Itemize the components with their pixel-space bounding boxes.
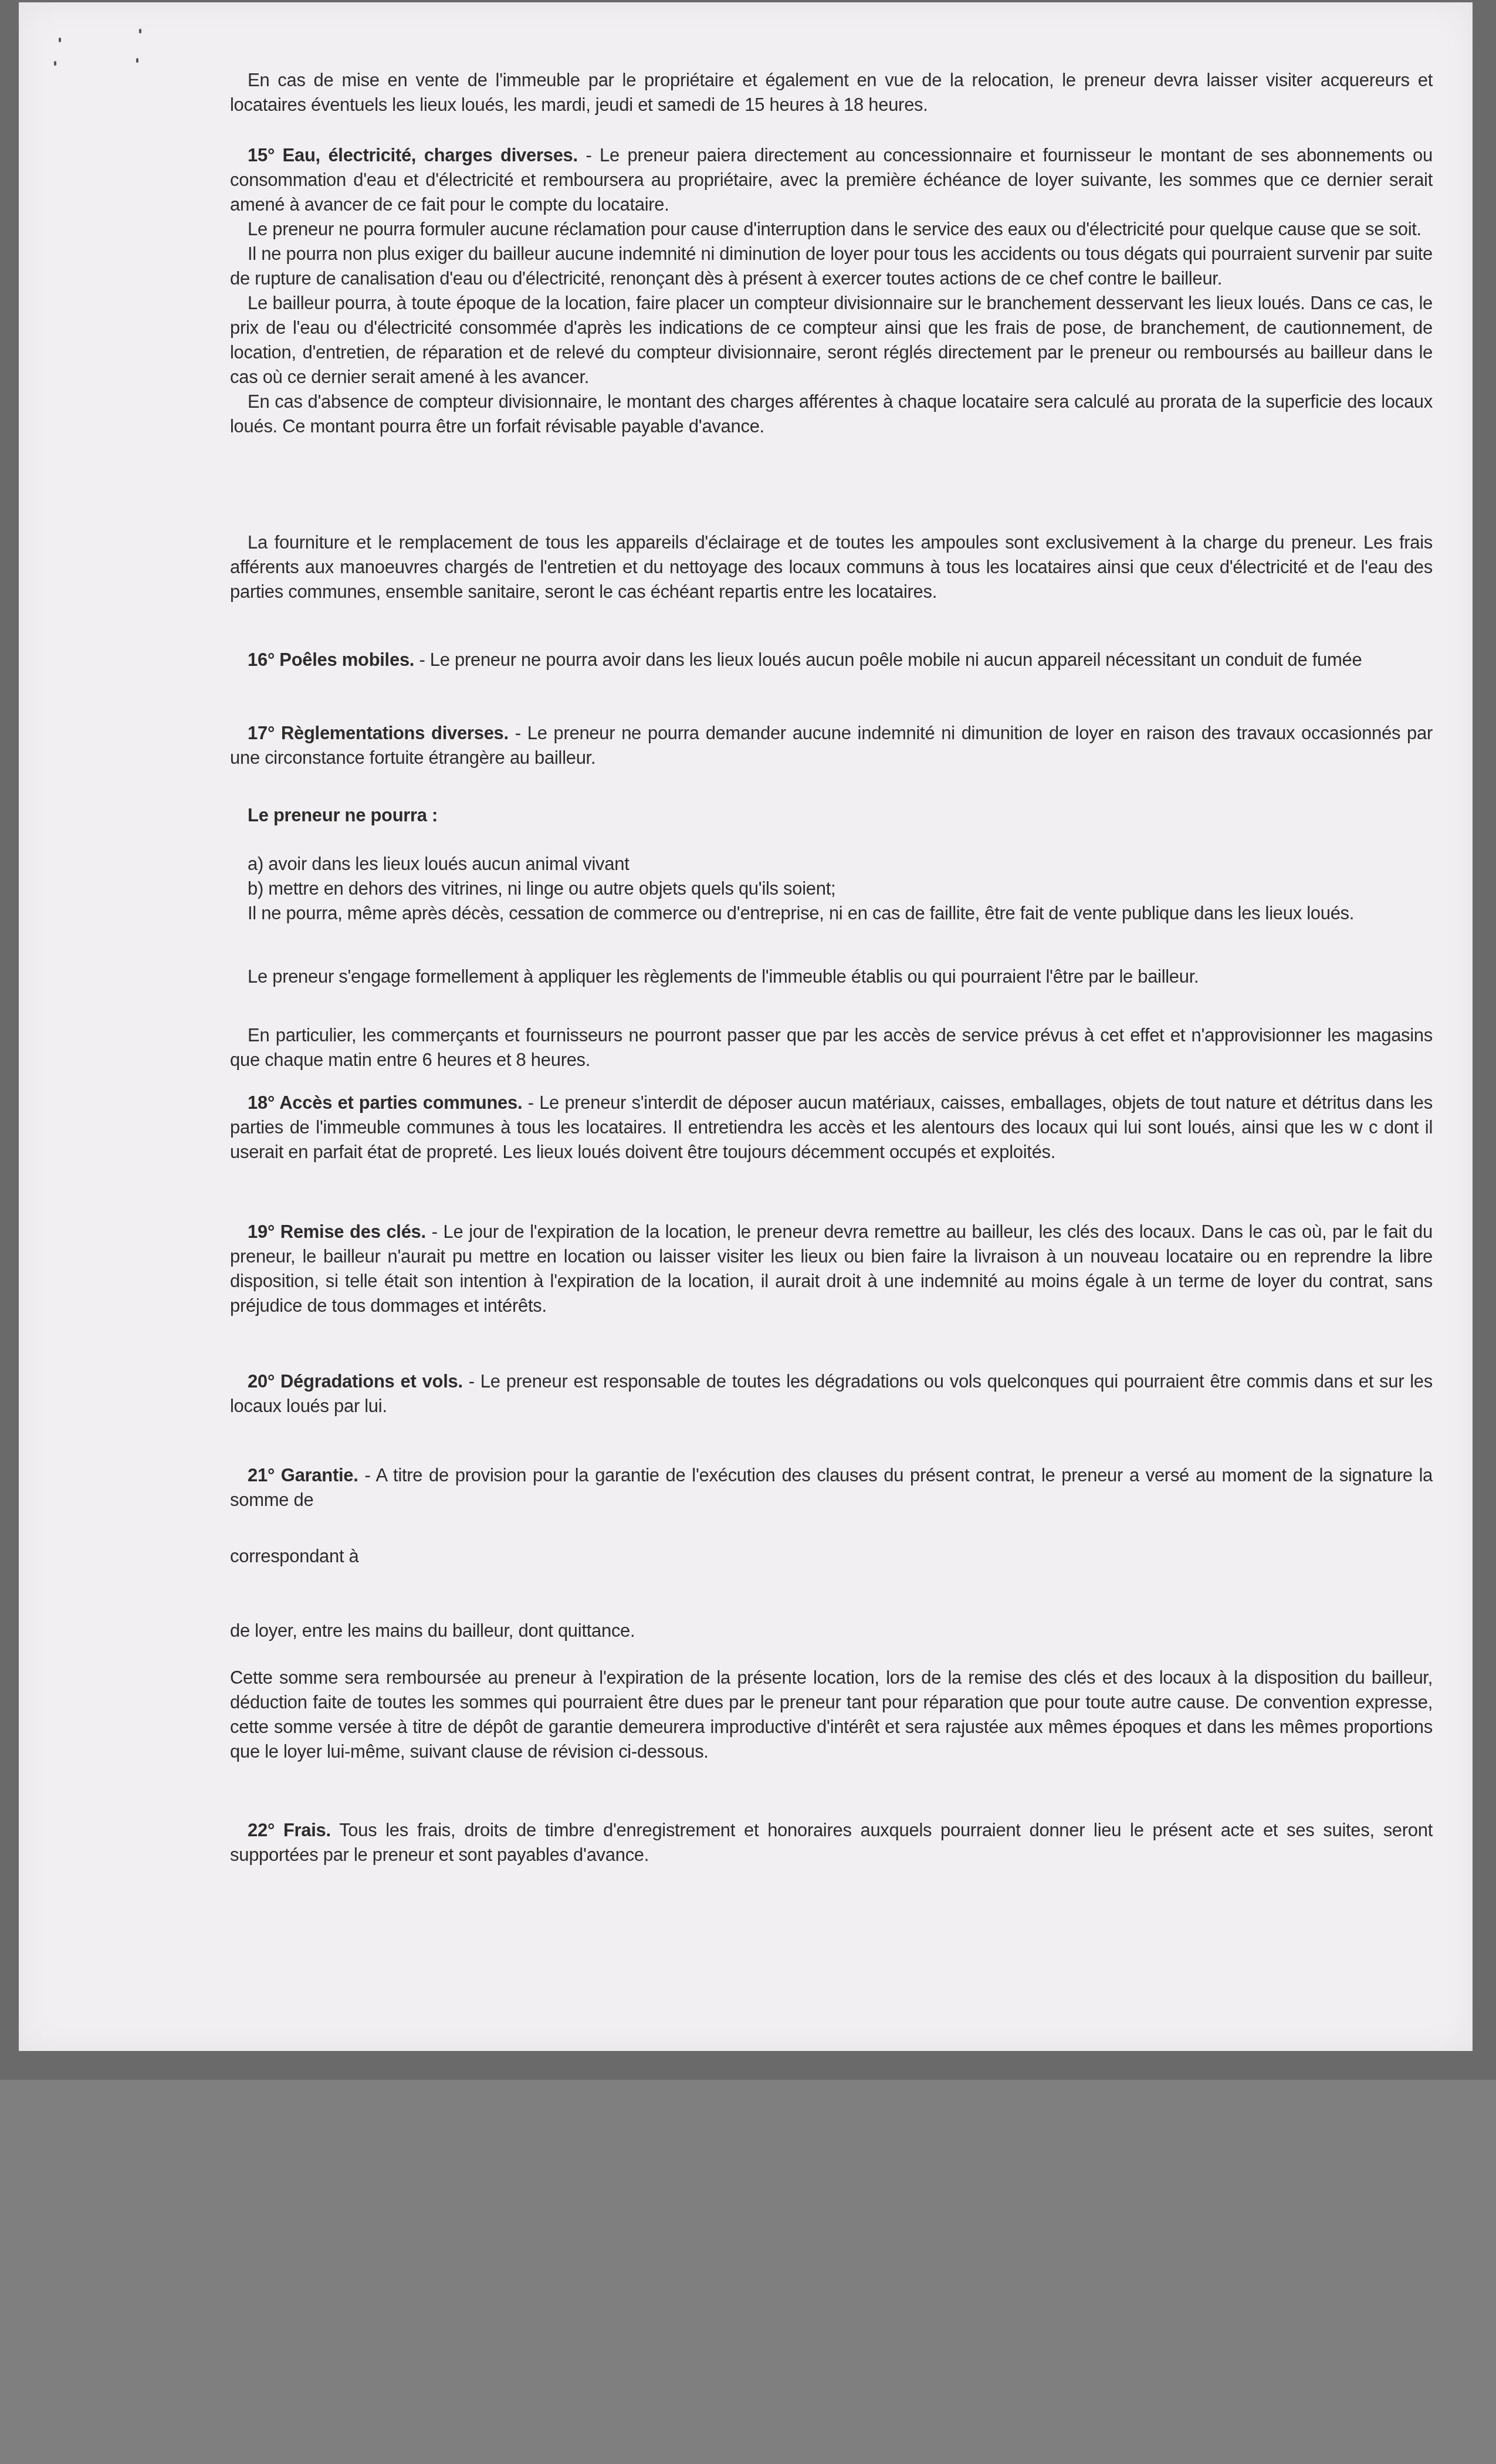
list-item: a) avoir dans les lieux loués aucun anim…: [230, 852, 1433, 876]
article-heading: 17° Règlementations diverses.: [248, 723, 509, 743]
article-17-subsection: Le preneur ne pourra :: [230, 803, 1433, 828]
article-21-closing: Cette somme sera remboursée au preneur à…: [230, 1666, 1433, 1764]
article-20: 20° Dégradations et vols. - Le preneur e…: [230, 1369, 1433, 1419]
article-17-rules: Le preneur s'engage formellement à appli…: [230, 964, 1433, 989]
article-21-loyer: de loyer, entre les mains du bailleur, d…: [230, 1619, 1433, 1643]
article-heading: 22° Frais.: [248, 1820, 331, 1840]
article-18: 18° Accès et parties communes. - Le pren…: [230, 1091, 1433, 1165]
article-16: 16° Poêles mobiles. - Le preneur ne pour…: [230, 648, 1433, 672]
article-17-deliveries: En particulier, les commerçants et fourn…: [230, 1023, 1433, 1072]
article-17-list: a) avoir dans les lieux loués aucun anim…: [230, 852, 1433, 926]
article-heading: 21° Garantie.: [248, 1465, 358, 1485]
scan-speck: [139, 29, 141, 33]
article-22: 22° Frais. Tous les frais, droits de tim…: [230, 1818, 1433, 1867]
article-15-lighting: La fourniture et le remplacement de tous…: [230, 530, 1433, 604]
article-heading: 16° Poêles mobiles.: [248, 649, 414, 670]
scan-speck: [136, 58, 138, 63]
article-heading: 15° Eau, électricité, charges diverses.: [248, 145, 578, 165]
list-item: b) mettre en dehors des vitrines, ni lin…: [230, 876, 1433, 901]
scan-speck: [59, 38, 61, 42]
article-heading: 20° Dégradations et vols.: [248, 1371, 463, 1392]
article-heading: 18° Accès et parties communes.: [248, 1092, 522, 1113]
article-17: 17° Règlementations diverses. - Le prene…: [230, 721, 1433, 770]
scanned-page: En cas de mise en vente de l'immeuble pa…: [19, 2, 1473, 2051]
article-19: 19° Remise des clés. - Le jour de l'expi…: [230, 1220, 1433, 1318]
article-21-correspondant: correspondant à: [230, 1544, 1433, 1569]
article-21: 21° Garantie. - A titre de provision pou…: [230, 1463, 1433, 1512]
intro-paragraph: En cas de mise en vente de l'immeuble pa…: [230, 68, 1433, 117]
article-heading: 19° Remise des clés.: [248, 1221, 426, 1242]
scan-speck: [54, 61, 56, 66]
article-15: 15° Eau, électricité, charges diverses. …: [230, 143, 1433, 439]
